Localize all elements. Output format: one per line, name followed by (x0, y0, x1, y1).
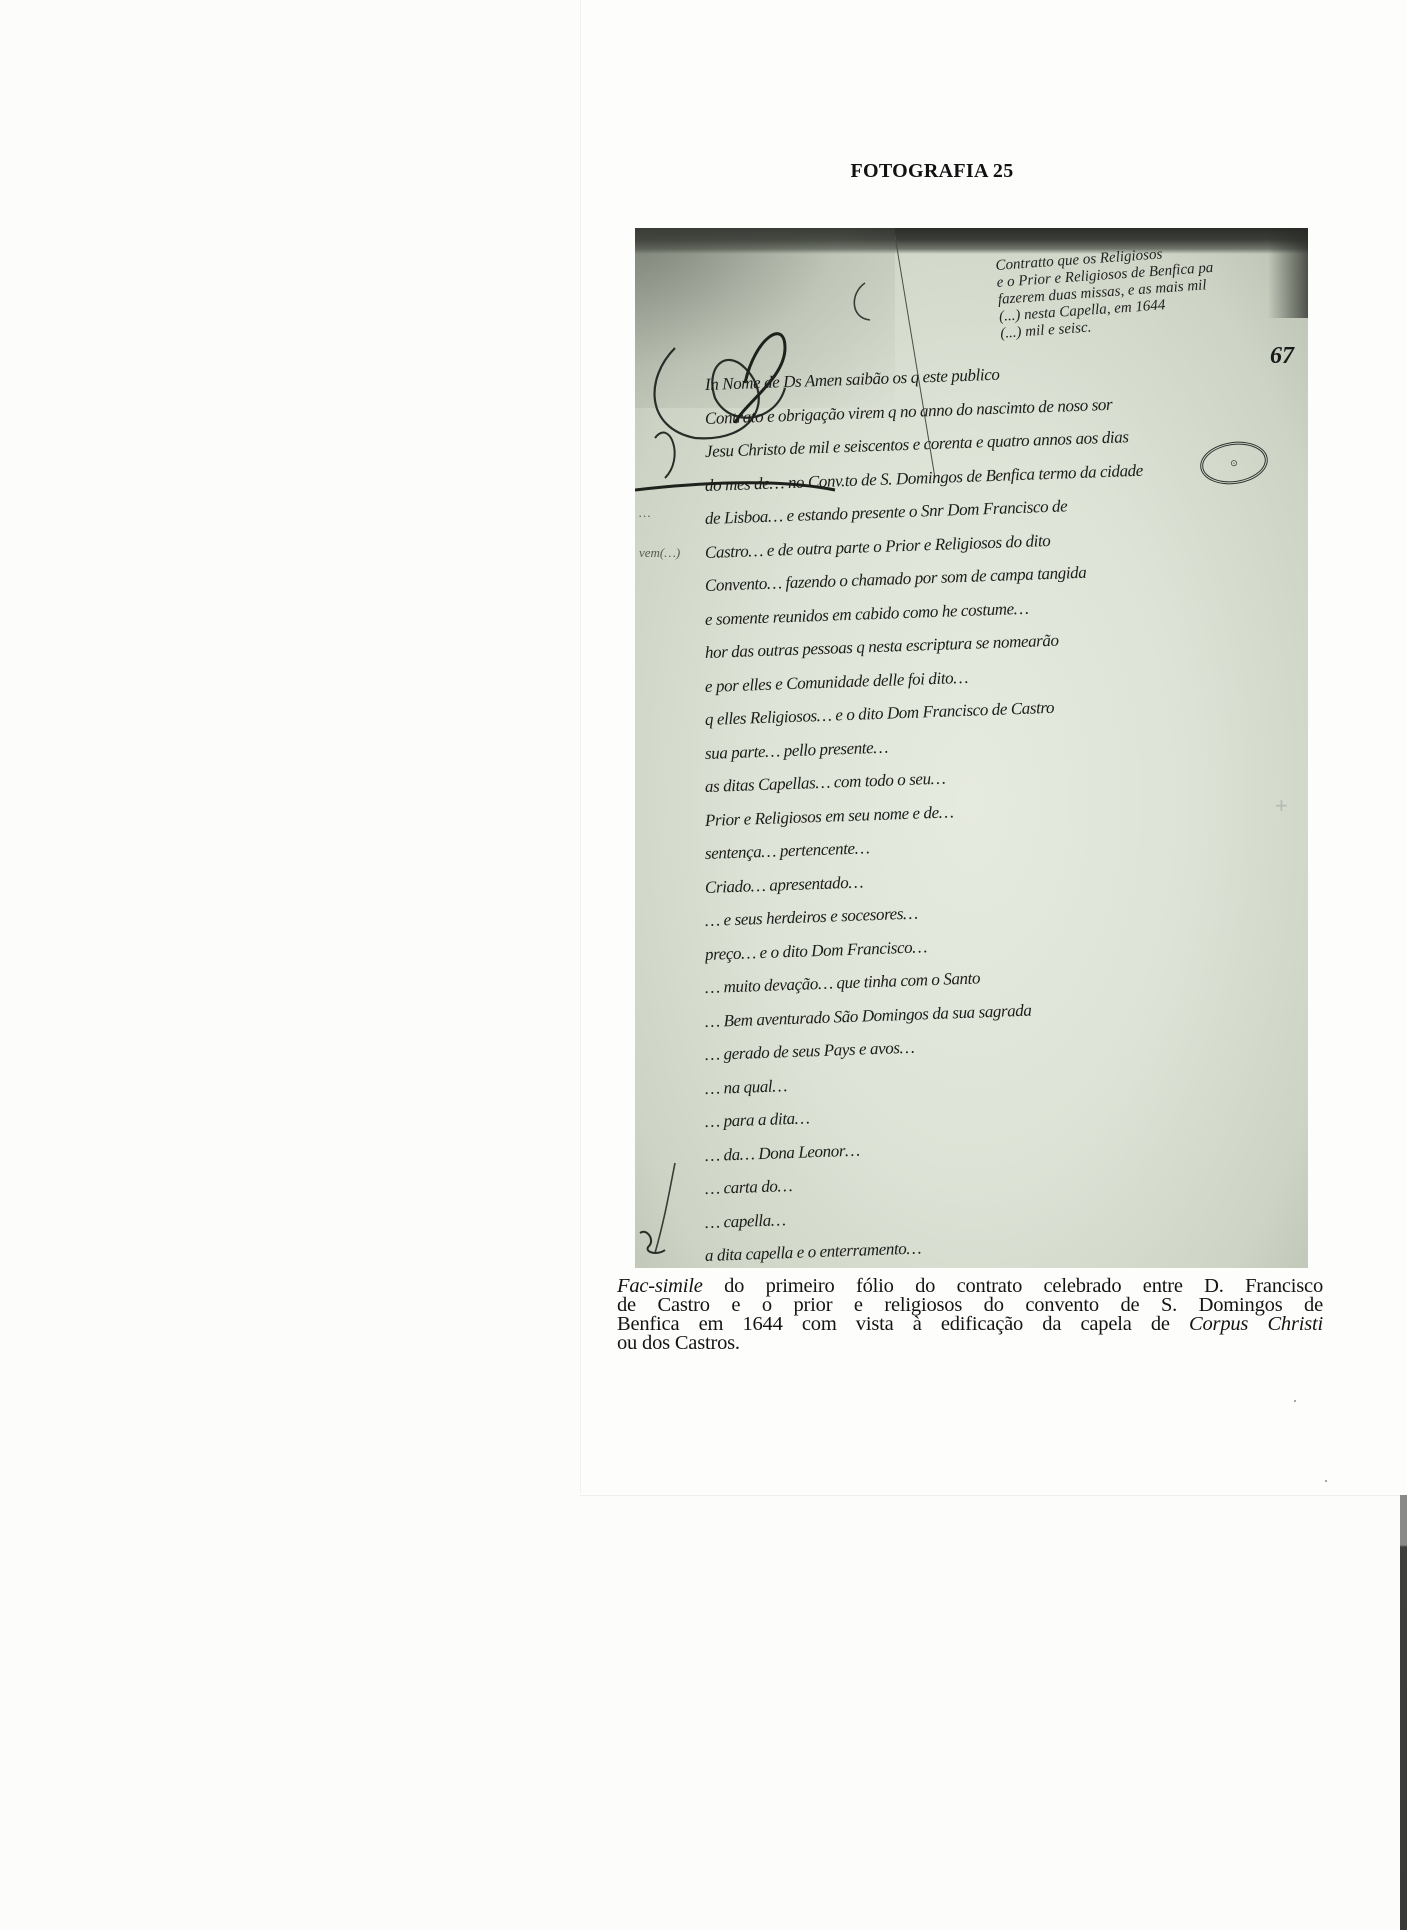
scribble-icon (635, 1158, 715, 1268)
handwritten-text-block: In Nome de Ds Amen saibão os q este publ… (705, 368, 1265, 1268)
figure-caption: Fac-simile do primeiro fólio do contrato… (617, 1277, 1323, 1353)
left-margin-notes: … vem(…) (639, 493, 680, 573)
folio-number: 67 (1270, 343, 1294, 370)
manuscript-photograph: Contratto que os Religiosos e o Prior e … (635, 228, 1308, 1268)
scanner-edge-strip (1400, 1495, 1407, 1930)
caption-line: ou dos Castros. (617, 1334, 1323, 1353)
page-title: FOTOGRAFIA 25 (832, 160, 1032, 183)
dust-speck (1294, 1400, 1296, 1402)
dust-speck (1325, 1480, 1327, 1482)
pencil-cross-mark: + (1275, 793, 1288, 819)
